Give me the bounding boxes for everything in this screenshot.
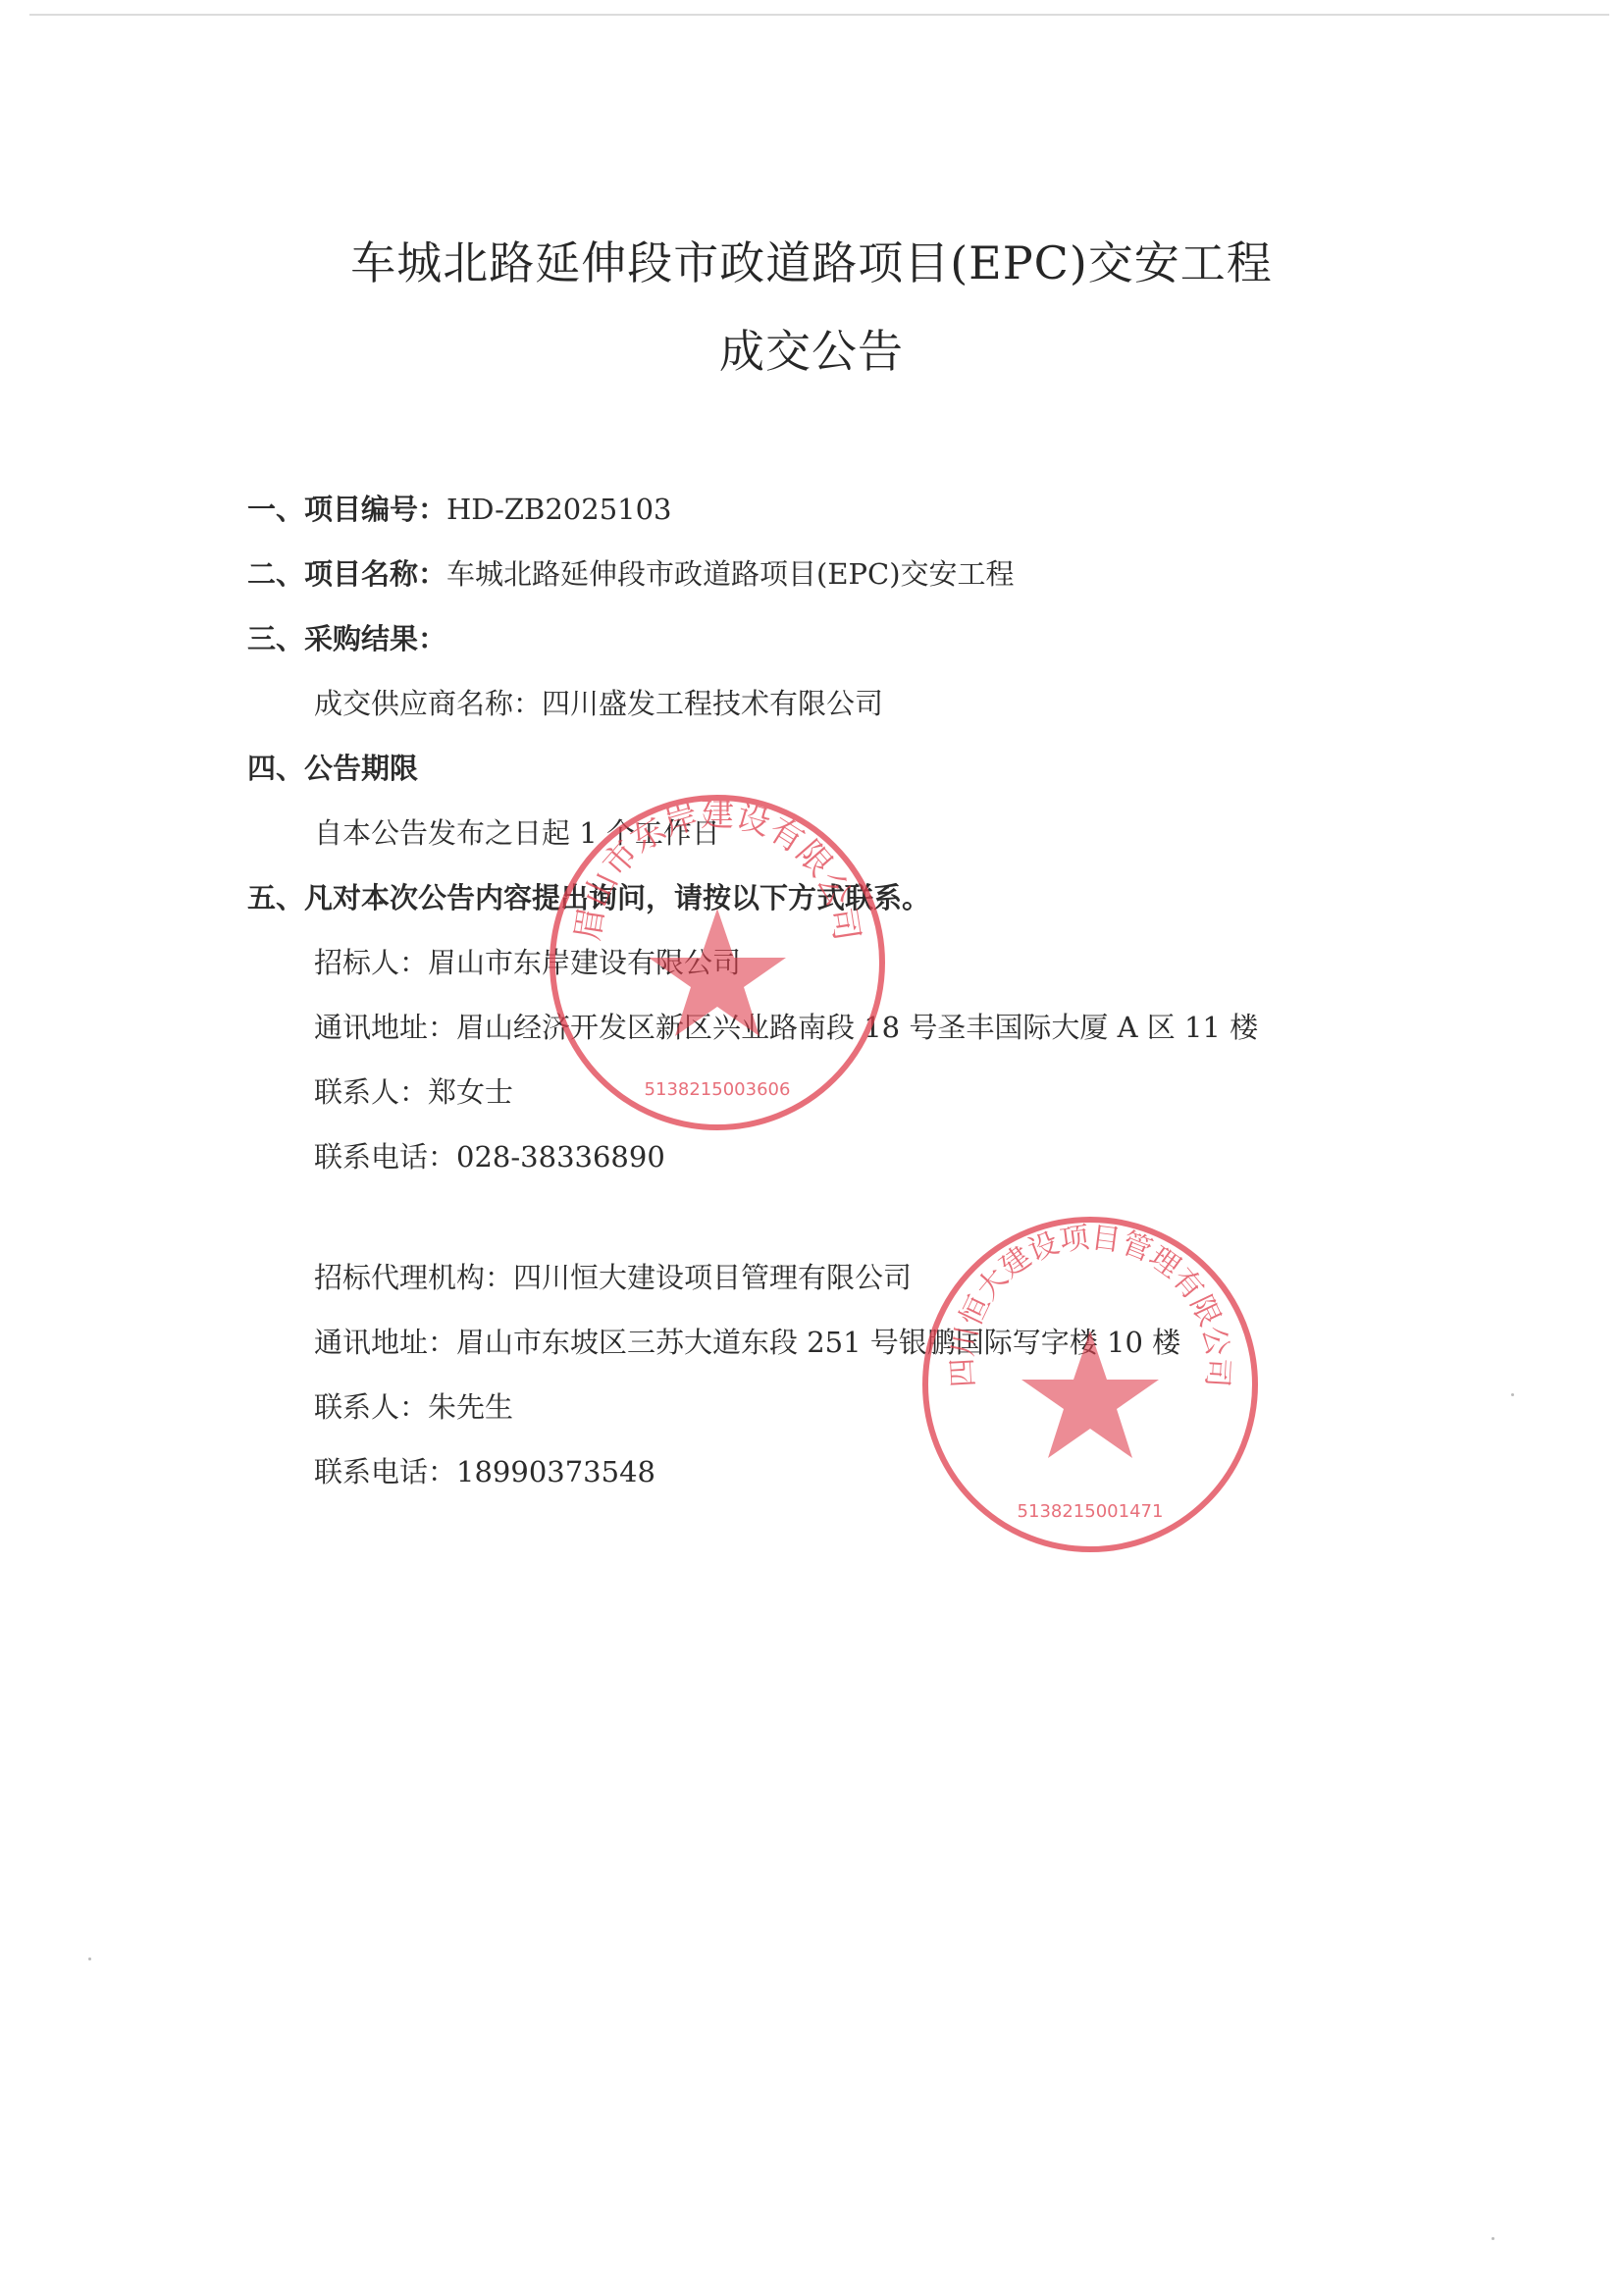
document-title: 车城北路延伸段市政道路项目(EPC)交安工程 xyxy=(0,228,1623,292)
purchaser-seal-stamp: 眉山市东岸建设有限公司 5138215003606 xyxy=(550,795,885,1130)
scan-edge-line xyxy=(29,14,1609,16)
scan-speck xyxy=(1492,2237,1494,2240)
section-heading: 一、项目编号： xyxy=(247,493,446,526)
scan-speck xyxy=(1511,1393,1514,1396)
agency-phone: 联系电话：18990373548 xyxy=(314,1450,655,1490)
purchaser-contact: 联系人：郑女士 xyxy=(314,1070,513,1111)
phone-value: 028-38336890 xyxy=(456,1140,665,1174)
section-heading: 二、项目名称： xyxy=(247,557,446,591)
phone-label: 联系电话： xyxy=(314,1455,456,1488)
agency-value: 四川恒大建设项目管理有限公司 xyxy=(513,1261,912,1294)
section-notice-period: 四、公告期限 xyxy=(247,747,418,787)
star-icon: 四川恒大建设项目管理有限公司 5138215001471 xyxy=(928,1223,1252,1546)
document-subtitle: 成交公告 xyxy=(0,316,1623,381)
winning-supplier: 成交供应商名称：四川盛发工程技术有限公司 xyxy=(314,682,883,722)
supplier-label: 成交供应商名称： xyxy=(314,687,542,720)
address-label: 通讯地址： xyxy=(314,1326,456,1359)
section-project-number: 一、项目编号：HD-ZB2025103 xyxy=(247,488,672,528)
star-icon: 眉山市东岸建设有限公司 5138215003606 xyxy=(555,801,879,1124)
svg-text:5138215001471: 5138215001471 xyxy=(1018,1501,1164,1522)
contact-label: 联系人： xyxy=(314,1390,428,1424)
scan-speck xyxy=(88,1957,91,1960)
project-name-value: 车城北路延伸段市政道路项目(EPC)交安工程 xyxy=(446,557,1015,591)
purchaser-label: 招标人： xyxy=(314,946,428,979)
contact-value: 郑女士 xyxy=(428,1075,513,1109)
supplier-name: 四川盛发工程技术有限公司 xyxy=(542,687,883,720)
agency-name: 招标代理机构：四川恒大建设项目管理有限公司 xyxy=(314,1256,912,1296)
section-procurement-result: 三、采购结果： xyxy=(247,617,446,657)
phone-label: 联系电话： xyxy=(314,1140,456,1174)
agency-contact: 联系人：朱先生 xyxy=(314,1385,513,1426)
agency-seal-stamp: 四川恒大建设项目管理有限公司 5138215001471 xyxy=(922,1217,1258,1552)
purchaser-phone: 联系电话：028-38336890 xyxy=(314,1135,665,1175)
project-number-value: HD-ZB2025103 xyxy=(446,493,672,526)
section-project-name: 二、项目名称：车城北路延伸段市政道路项目(EPC)交安工程 xyxy=(247,552,1015,593)
agency-label: 招标代理机构： xyxy=(314,1261,513,1294)
address-label: 通讯地址： xyxy=(314,1011,456,1044)
phone-value: 18990373548 xyxy=(456,1455,655,1488)
contact-label: 联系人： xyxy=(314,1075,428,1109)
contact-value: 朱先生 xyxy=(428,1390,513,1424)
svg-text:5138215003606: 5138215003606 xyxy=(645,1079,791,1100)
